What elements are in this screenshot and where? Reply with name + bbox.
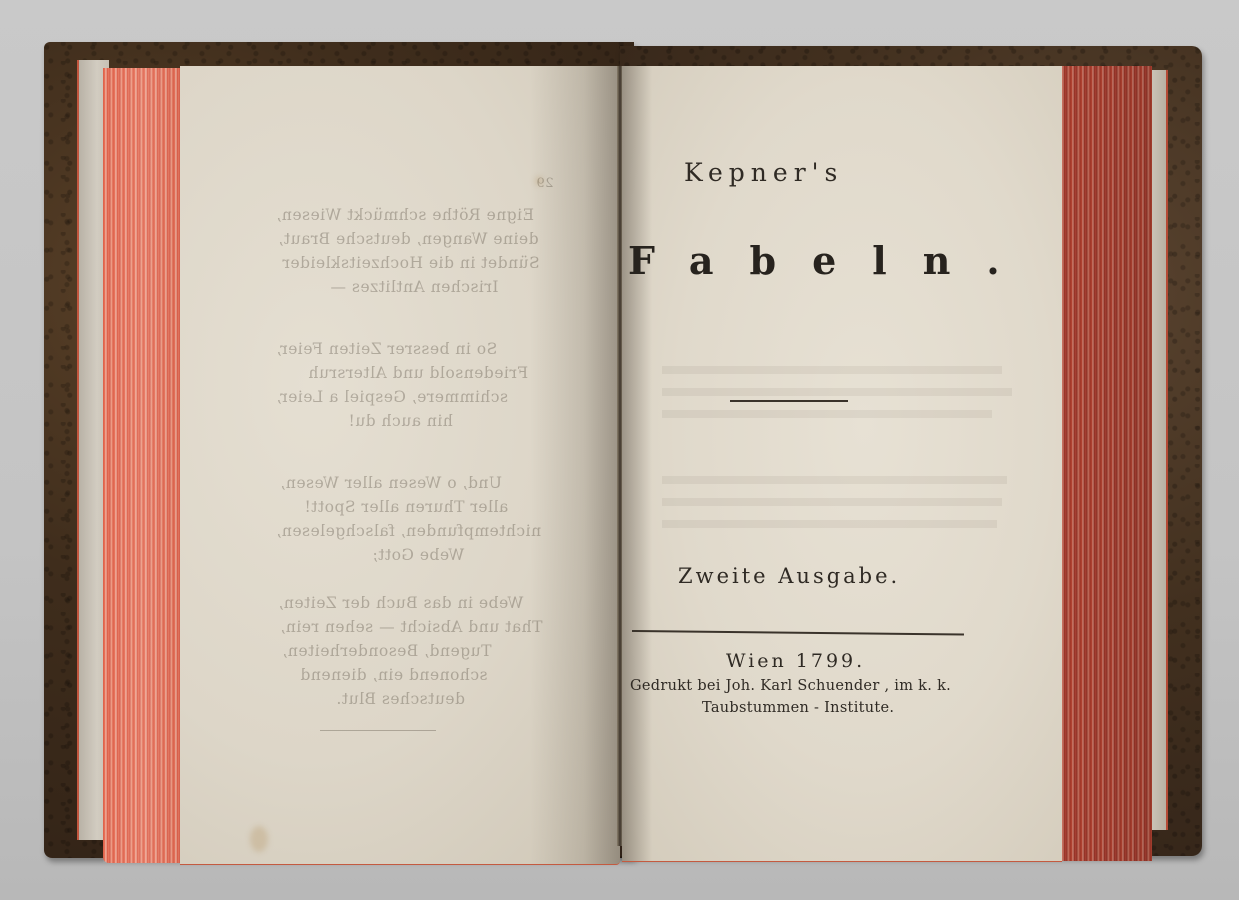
- paper-stain: [535, 176, 543, 186]
- open-book: 29 Eigne Röthe schmückt Wiesen, deine Wa…: [0, 0, 1239, 900]
- imprint-printer: Gedrukt bei Joh. Karl Schuender , im k. …: [630, 678, 951, 694]
- bleed-rule: [320, 730, 436, 731]
- right-red-page-edges: [1060, 66, 1152, 861]
- bleed-line: That und Absicht — sehen rein,: [280, 618, 542, 636]
- bleed-line: Friedensold und Altersruh: [308, 364, 528, 382]
- imprint-place-year: Wien 1799.: [726, 650, 865, 672]
- bleed-line: So in bessrer Zeiten Feier,: [276, 340, 497, 358]
- bleed-through-text: 29 Eigne Röthe schmückt Wiesen, deine Wa…: [180, 66, 620, 864]
- bleed-line: Und, o Wesen aller Wesen,: [280, 474, 502, 492]
- bleed-line: hin auch du!: [348, 412, 453, 430]
- ornamental-rule-long: [632, 630, 964, 635]
- author-name: Kepner's: [684, 158, 843, 187]
- bleed-line: schonend ein, dienend: [300, 666, 488, 684]
- bleed-line: Eigne Röthe schmückt Wiesen,: [276, 206, 534, 224]
- bleed-line: aller Thuren aller Spott!: [304, 498, 508, 516]
- bleed-line: Sündet in die Hochzeitskleider: [282, 254, 540, 272]
- bleed-line: Webe Gott;: [372, 546, 464, 564]
- bleed-line: Tugend, Besonderheiten,: [282, 642, 491, 660]
- imprint-institute: Taubstummen - Institute.: [702, 700, 894, 716]
- bleed-line: nichtempfunden, falschgelesen,: [276, 522, 541, 540]
- book-title: Fabeln.: [628, 238, 1036, 283]
- ornamental-rule-short: [730, 400, 848, 402]
- paper-stain: [250, 826, 268, 852]
- bleed-line: deutsches Blut.: [336, 690, 465, 708]
- bleed-line: Irischen Antlitzes —: [330, 278, 498, 296]
- bleed-line: Webe in das Buch der Zeiten,: [278, 594, 523, 612]
- edition-statement: Zweite Ausgabe.: [678, 564, 900, 588]
- title-page: Kepner's Fabeln. Zweite Ausgabe. Wien 17…: [622, 66, 1062, 862]
- bleed-line: deine Wangen, deutsche Braut,: [278, 230, 539, 248]
- bleed-line: schimmere, Gespiel a Leier,: [276, 388, 508, 406]
- bleed-page-number: 29: [536, 176, 554, 191]
- left-page: 29 Eigne Röthe schmückt Wiesen, deine Wa…: [180, 66, 620, 865]
